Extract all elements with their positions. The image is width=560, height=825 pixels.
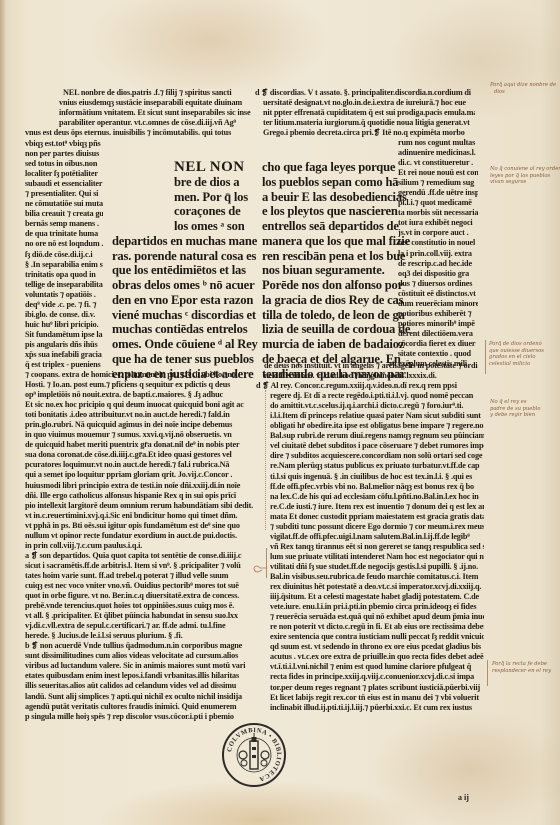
manicule-icon	[252, 560, 268, 574]
gloss-line: vt in.c.reuertimini.xvj.q.i.Sic enī bndi…	[25, 511, 257, 521]
gloss-line: d ❡ Al rey. Concor.c.regum.xxiij.q.v.ide…	[256, 381, 484, 391]
main-line: la gracia de dios Rey de cas	[262, 293, 397, 308]
main-line: entrellos seā departidos de	[262, 219, 397, 234]
marginal-note-line: dios	[490, 89, 556, 96]
main-line: los pueblos sepan como hā	[262, 175, 397, 190]
gloss-line: de quicquid habet meriti puentrix gr̄a d…	[25, 440, 257, 450]
gloss-line: ⁊ coopans. extra de homici. c. p humani …	[25, 370, 257, 380]
gloss-line: de deus nos instituit. vt in angelis ⁊ a…	[264, 361, 484, 371]
gloss-line: ta morbis sūt necessaria	[398, 208, 478, 218]
gloss-line: cōstituit eē distinctos.vt	[398, 289, 478, 299]
gloss-line: recta fides in principe.xxiij.q.viij.c.c…	[264, 672, 484, 682]
gloss-line: toti bonitatis .i.deo attribuitur.vt no.…	[25, 410, 257, 420]
gloss-line: ⁊ subditi tunc possunt dicere Ego dormio…	[264, 522, 484, 532]
gloss-line: p singula mille hoiȝ spēs ⁊ rep discolor…	[25, 712, 257, 722]
main-line: los omes ᵃ son	[112, 219, 257, 234]
gloss-line: pio intellexit largitorē deum omnium rer…	[25, 501, 257, 511]
gloss-line: Sit fundamētum ipse la	[25, 330, 103, 340]
gloss-line: exire sentencia que contra iusticiam nul…	[264, 632, 484, 642]
gloss-line: vñ Rex tanqȝ tirannus eēt si non gereret…	[264, 542, 484, 552]
gloss-line: inclinabit illud.ij.pti.ti.ij.l.iij.⁊ pū…	[264, 703, 484, 713]
marginal-note-2: No q̄ conuiene al rey ordenar leyes por …	[490, 166, 560, 186]
gloss-line: ſȝ diō.de cōse.di.ij.c.i	[25, 250, 103, 260]
gloss-line: potioribus exhiberēt ⁊	[398, 309, 478, 319]
gloss-line: herede. § .lucius.de le.i.l.si seruus pl…	[25, 631, 257, 641]
gloss-line: ne differētibus. vt.c.ad hoc ⁊ ibi.glo.n…	[264, 371, 484, 381]
gloss-line: a ❡ son departidos. Quia quot capita tot…	[25, 551, 257, 561]
marginal-bracket	[265, 390, 266, 530]
main-line: que ha de tener sus pueblos	[112, 352, 257, 367]
gloss-line: vete.iure. enu.l.i.in pri.i.pti.in pbemi…	[264, 602, 484, 612]
gloss-line: bilia creauit ⁊ creata gu	[25, 209, 103, 219]
gloss-line: ⁊ presentialiter. Qui si	[25, 189, 103, 199]
gloss-line: di.c. vt constitueretur .	[398, 158, 478, 168]
gloss-line: vt all. § .pricipaliter. Et q̄libet pūin…	[25, 611, 257, 621]
gloss-line: subaudi et essencialiter	[25, 179, 103, 189]
gloss-line: bernās semp manens .	[25, 219, 103, 229]
gloss-left-column: vbiqȝ est.tot⁹ vbiqȝ pñs non per partes …	[25, 139, 103, 370]
gloss-line: Et sic no.ex hoc pricipio q qui deum inu…	[25, 400, 257, 410]
gloss-line: in prin coll.viij.⁊.c.cum paulus.i.q.i.	[25, 541, 257, 551]
gloss-line: § .In separabilia enim sut	[25, 260, 103, 270]
gloss-bottom-left: ⁊ coopans. extra de homici. c. p humani …	[25, 370, 257, 722]
gloss-line: silium ⁊ remedium sug	[398, 178, 478, 188]
gloss-line: tor.per deum reges regnant ⁊ plates scri…	[264, 683, 484, 693]
gloss-line: vj.di.c.vll.extra de sepul.c.certificari…	[25, 621, 257, 631]
gloss-line: la i prin.coll.viij. extra	[398, 249, 478, 259]
gloss-top-left: NEL nonbre de dios.patris .f.⁊ filij ⁊ s…	[55, 88, 260, 138]
marginal-note-4: No q̄ el rey es padre de su pueblo y deb…	[490, 399, 540, 419]
gloss-line: huiusmodi libri principio extra de testi…	[25, 481, 257, 491]
gloss-line: quot in orbe figure. vt no. Ber.in.c.q d…	[25, 591, 257, 601]
gloss-line: cuiqȝ est nec voco vniter vno.vñ. Ouidiu…	[25, 581, 257, 591]
marginal-note-1: Porq̄ aqui dize nonbre de dios	[490, 82, 556, 95]
gloss-line: uersitatē designat.vt no.glo.in.de.i.ext…	[255, 98, 475, 108]
gloss-line: sed totus in oībus.non	[25, 159, 103, 169]
main-line: murcia de iaben de badaioz	[262, 337, 397, 352]
gloss-line: viribus ad luctandum valere. Sic in anim…	[25, 661, 257, 671]
gloss-bottom-right: de deus nos instituit. vt in angelis ⁊ a…	[264, 361, 484, 713]
gloss-line: in quo viuimus mouemur ⁊ sumus. xxvi.q.v…	[25, 430, 257, 440]
gloss-line: ⁊ reuerēcia seruāda est.quā qui nō exhib…	[264, 612, 484, 622]
gloss-line: ti.l.si quis ingenuā. § .in ciuilibus de…	[264, 472, 484, 482]
marginal-bracket	[487, 660, 488, 686]
main-line: manera que los que mal fizie	[262, 234, 397, 249]
marginal-note-3: Porq̄ de dios ordenó que ouiesse diuerso…	[489, 341, 544, 367]
gloss-line: qui a semet ipo loquitur ppriam gloriam …	[25, 470, 257, 480]
gloss-right-column: rum nos cogunt multas adinuenire medicin…	[398, 138, 478, 369]
gloss-line: tates hoim varie sunt. ff.ad trebel.q po…	[25, 571, 257, 581]
main-line: ren rescibān pena et los bue	[262, 249, 397, 264]
gloss-line: dum reuerēciam minores	[398, 299, 478, 309]
main-line: bre de dios a	[112, 175, 257, 190]
gloss-line: rex diuinitus hēt potestatē a deo.vt.c.s…	[264, 582, 484, 592]
gloss-line: ter litium.materia iurgiorum.q̄ quotidie…	[255, 118, 475, 128]
marginal-note-line: padre de su pueblo	[490, 406, 540, 413]
gloss-line: pi.l.i.⁊ quot medicamē	[398, 198, 478, 208]
gloss-line: hec constitutio in nouel	[398, 238, 478, 248]
main-line: e los pleytos que nascieren	[262, 204, 397, 219]
gloss-line: re.C.de iusti.⁊ iure. Item rex est inuen…	[264, 502, 484, 512]
main-line: Porēde nos don alfonso por	[262, 278, 397, 293]
gloss-line: Et rei noue nouū est con	[398, 168, 478, 178]
main-line: muchas contiēdas entrelos	[112, 322, 257, 337]
gloss-line: localiter ſȝ potētialiter	[25, 169, 103, 179]
gloss-line: de rescrip.c.ad hec.ide	[398, 259, 478, 269]
gloss-line: vnus est deus ōps eternus. inuisibilis ⁊…	[25, 128, 260, 138]
gloss-line: pis angularis dñs ihūs	[25, 340, 103, 350]
book-page: NEL nonbre de dios.patris .f.⁊ filij ⁊ s…	[0, 0, 560, 825]
main-line: que los entēdimiētos et las	[112, 263, 257, 278]
gloss-line: no ore nō est loqndum .	[25, 239, 103, 249]
gloss-line: Et licet labijs regit rex.cor tn̄ eius e…	[264, 693, 484, 703]
gloss-line: voluntatis ⁊ opatiōis .	[25, 290, 103, 300]
marginal-note-5: Porq̄ la recta fe debe resplandecer en e…	[492, 661, 551, 674]
gloss-line: oq3 dei dispositio gra	[398, 269, 478, 279]
gloss-line: pcuratores loquimur.vt no.in auct.de her…	[25, 460, 257, 470]
gloss-line: op⁹ impletiōis nō nouit.extra. de bapti.…	[25, 390, 257, 400]
gloss-line: adinuenire medicinas.l.	[398, 148, 478, 158]
library-stamp-emblem-icon: COLVMBINA • BIBLIOTECA	[224, 725, 284, 785]
gloss-line: ibi.glo. de conse. di.v.	[25, 310, 103, 320]
main-text-column-2: cho que faga leyes porque los pueblos se…	[262, 160, 397, 381]
gloss-line: ff.de offi.pfec.vrbis vbi no. Bal.melior…	[264, 482, 484, 492]
gloss-line: vt pphā in ps. Bti oēs.sui igitur opis f…	[25, 521, 257, 531]
main-line: den en vno Epor esta razon	[112, 293, 257, 308]
main-line: lizia de seuilla de cordoua de	[262, 322, 397, 337]
gloss-top-right: d ❡ discordias. V t assato. §. principal…	[255, 88, 475, 138]
gloss-line: do amittit.vt.c.scelus.ij.q.i.archi.i di…	[264, 401, 484, 411]
signature-mark: a ij	[458, 793, 469, 802]
main-line: cho que faga leyes porque	[262, 160, 397, 175]
gloss-line: acutus . vt.c.ex ore extra de priuille.i…	[264, 652, 484, 662]
gloss-line: illis seueritas.alios aūt calidos ad cel…	[25, 681, 257, 691]
gloss-line: prebē.vnde terencius.quot hoīes tot oppi…	[25, 601, 257, 611]
gloss-line: de qua trinitate huma	[25, 229, 103, 239]
main-line: departidos en muchas mane	[112, 234, 257, 249]
marginal-note-line: Porq̄ de dios ordenó	[489, 341, 544, 348]
gloss-line: vbiqȝ est.tot⁹ vbiqȝ pñs	[25, 139, 103, 149]
library-stamp: COLVMBINA • BIBLIOTECA	[222, 723, 286, 787]
gloss-line: vt.ī.ti.i.l.vni.nichil ⁊ enim est quod l…	[264, 662, 484, 672]
gloss-line: etates quibusdam enim inest lepos.i.fand…	[25, 671, 257, 681]
gloss-line: landū. Sunt alij simplices ⁊ apti.qui ni…	[25, 692, 257, 702]
main-line: omes. Onde cōuiene ᵈ al Rey	[112, 337, 257, 352]
gloss-line: q̄ est triplex - pueniens	[25, 360, 103, 370]
gloss-line: js.vt in corpore auct .	[398, 228, 478, 238]
gloss-line: b ❡ non acuerdē Vnde tullius q̄admodum.n…	[25, 641, 257, 651]
gloss-line: sunt dissimilitudines cum alios videas v…	[25, 651, 257, 661]
gloss-line: qd suum est. vt sedendo in throno ex ore…	[264, 642, 484, 652]
gloss-line: Grego.i pbemio decreta.circa pri.❡ Itē n…	[255, 128, 475, 138]
gloss-line: re non poterit vt dicto.c.regū in fi. Et…	[264, 622, 484, 632]
main-heading: NEL NON	[112, 160, 257, 175]
gloss-line: parabiliter operantur. vt.c.omnes de cōs…	[55, 118, 260, 128]
gloss-line: rum nos cogunt multas	[398, 138, 478, 148]
gloss-line: nit ppter effrenatā cupiditatem q̄ est s…	[255, 108, 475, 118]
gloss-line: cōcordia fieret ex diuer	[398, 339, 478, 349]
marginal-note-line: No q̄ conuiene al rey ordenar	[490, 166, 560, 173]
gloss-line: gerendū .ff.de uētre insp	[398, 188, 478, 198]
gloss-line: derent dilectiōem.vera	[398, 329, 478, 339]
gloss-line: dñi. Ille ergo catholicus alfonsus hispa…	[25, 491, 257, 501]
gloss-line: dire ⁊ subditos acquiescere.concordiam n…	[264, 451, 484, 461]
main-line: obras delos omes ᵇ nō acuer	[112, 278, 257, 293]
gloss-line: regere dj. Et dī a recte regēdo.i.pti.ti…	[264, 391, 484, 401]
marginal-note-line: Porq̄ la recta fe debe	[492, 661, 551, 668]
main-line: viené muchas ᶜ discordias et	[112, 308, 257, 323]
gloss-line: sitate contextio . quod	[398, 349, 478, 359]
gloss-line: sicut i sacramētis.ff.de arbitris.l. Ite…	[25, 561, 257, 571]
gloss-line: ne cōmutatiōe sui muta	[25, 199, 103, 209]
gloss-line: lum sue priuate vtilitati intenderet Nam…	[264, 552, 484, 562]
gloss-line: Hosti. ⁊ Io.an. post eum.⁊ pficiens q se…	[25, 380, 257, 390]
main-line: coraçones de	[112, 204, 257, 219]
gloss-line: prin.glo.rubri. Nā quicquid agimus in de…	[25, 420, 257, 430]
gloss-line: potiores minorib⁹ impē	[398, 319, 478, 329]
marginal-bracket	[485, 340, 486, 374]
gloss-line: nullum vt opinor recte fundatur exordium…	[25, 531, 257, 541]
main-line: nos biuan seguramente.	[262, 263, 397, 278]
marginal-note-line: vivan seguros	[490, 179, 560, 186]
gloss-line: sua dona coronat.de cōse.di.iiij.c.gr̄a.…	[25, 450, 257, 460]
gloss-line: NEL nonbre de dios.patris .f.⁊ filij ⁊ s…	[55, 88, 260, 98]
marginal-note-line: leyes por q̄ los pueblos	[490, 173, 560, 180]
gloss-line: obligati hr̄ obedire.ita ipse est obliga…	[264, 421, 484, 431]
gloss-line: vtilitati dñi ſȝ sue studet.ff.de negoci…	[264, 562, 484, 572]
gloss-line: vel ciuitatē debet subditos i pace cōser…	[264, 441, 484, 451]
marginal-note-line: grados en el cielo	[489, 354, 544, 361]
gloss-line: non per partes diuisus	[25, 149, 103, 159]
gloss-line: xp̄s sua inefabili gracia	[25, 350, 103, 360]
marginal-note-line: celestial milicia	[489, 361, 544, 368]
main-line: a beuir E las desobediencias	[262, 190, 397, 205]
gloss-line: i.l.i.Item dī princeps relatiue quasi pa…	[264, 411, 484, 421]
gloss-line: agendū putāt veritatis cultores fraudis …	[25, 702, 257, 712]
gloss-line: dus ⁊ diuersos ordines	[398, 279, 478, 289]
main-text-column-1: NEL NON bre de dios a men. Por q̄ los co…	[112, 160, 257, 381]
marginal-note-line: y debe regir bien	[490, 412, 540, 419]
marginal-note-line: resplandecer en el rey	[492, 668, 551, 675]
gloss-line: tot iura exhibēt negoci	[398, 218, 478, 228]
main-line: men. Por q̄ los	[112, 190, 257, 205]
gloss-line: tellige de inseparabilitate	[25, 280, 103, 290]
main-line: ras. porende natural cosa es	[112, 249, 257, 264]
gloss-line: Bal.in visibus.seu.rubrica.de feudo marc…	[264, 572, 484, 582]
main-line: tilla de toledo, de leon de ga	[262, 308, 397, 323]
marginal-note-line: que ouiesse diuersos	[489, 348, 544, 355]
page-gutter-shadow	[0, 0, 6, 825]
gloss-line: mata Et donec custodit ppriam maiestatem…	[264, 512, 484, 522]
gloss-line: re.Nam plerūqȝ status publicus ex priuat…	[264, 461, 484, 471]
marginal-note-line: No q̄ el rey es	[490, 399, 540, 406]
gloss-line: vigilat.ff.de offi.pfec.uigi.l.nam salut…	[264, 532, 484, 542]
gloss-line: Bal.sup rubri.de rerum diui.regens namqȝ…	[264, 431, 484, 441]
gloss-line: d ❡ discordias. V t assato. §. principal…	[255, 88, 475, 98]
marginal-note-line: Porq̄ aqui dize nonbre de	[490, 82, 556, 89]
gloss-line: informātium vnitatem. Et sicut sunt inse…	[55, 108, 260, 118]
gloss-line: na lex.C.de his qui ad ecclesiam cōfu.l.…	[264, 492, 484, 502]
gloss-line: deq⁹ vide .c. pe. ⁊ fi. ⁊	[25, 300, 103, 310]
gloss-line: vnius eiusdemqȝ sustācie inseparabili eq…	[55, 98, 260, 108]
gloss-line: trinitatis opa quod in	[25, 270, 103, 280]
gloss-line: huic hu⁹ libri pricipio.	[25, 320, 103, 330]
gloss-line: iiij.q̄situm. Et a celesti magestate hab…	[264, 592, 484, 602]
